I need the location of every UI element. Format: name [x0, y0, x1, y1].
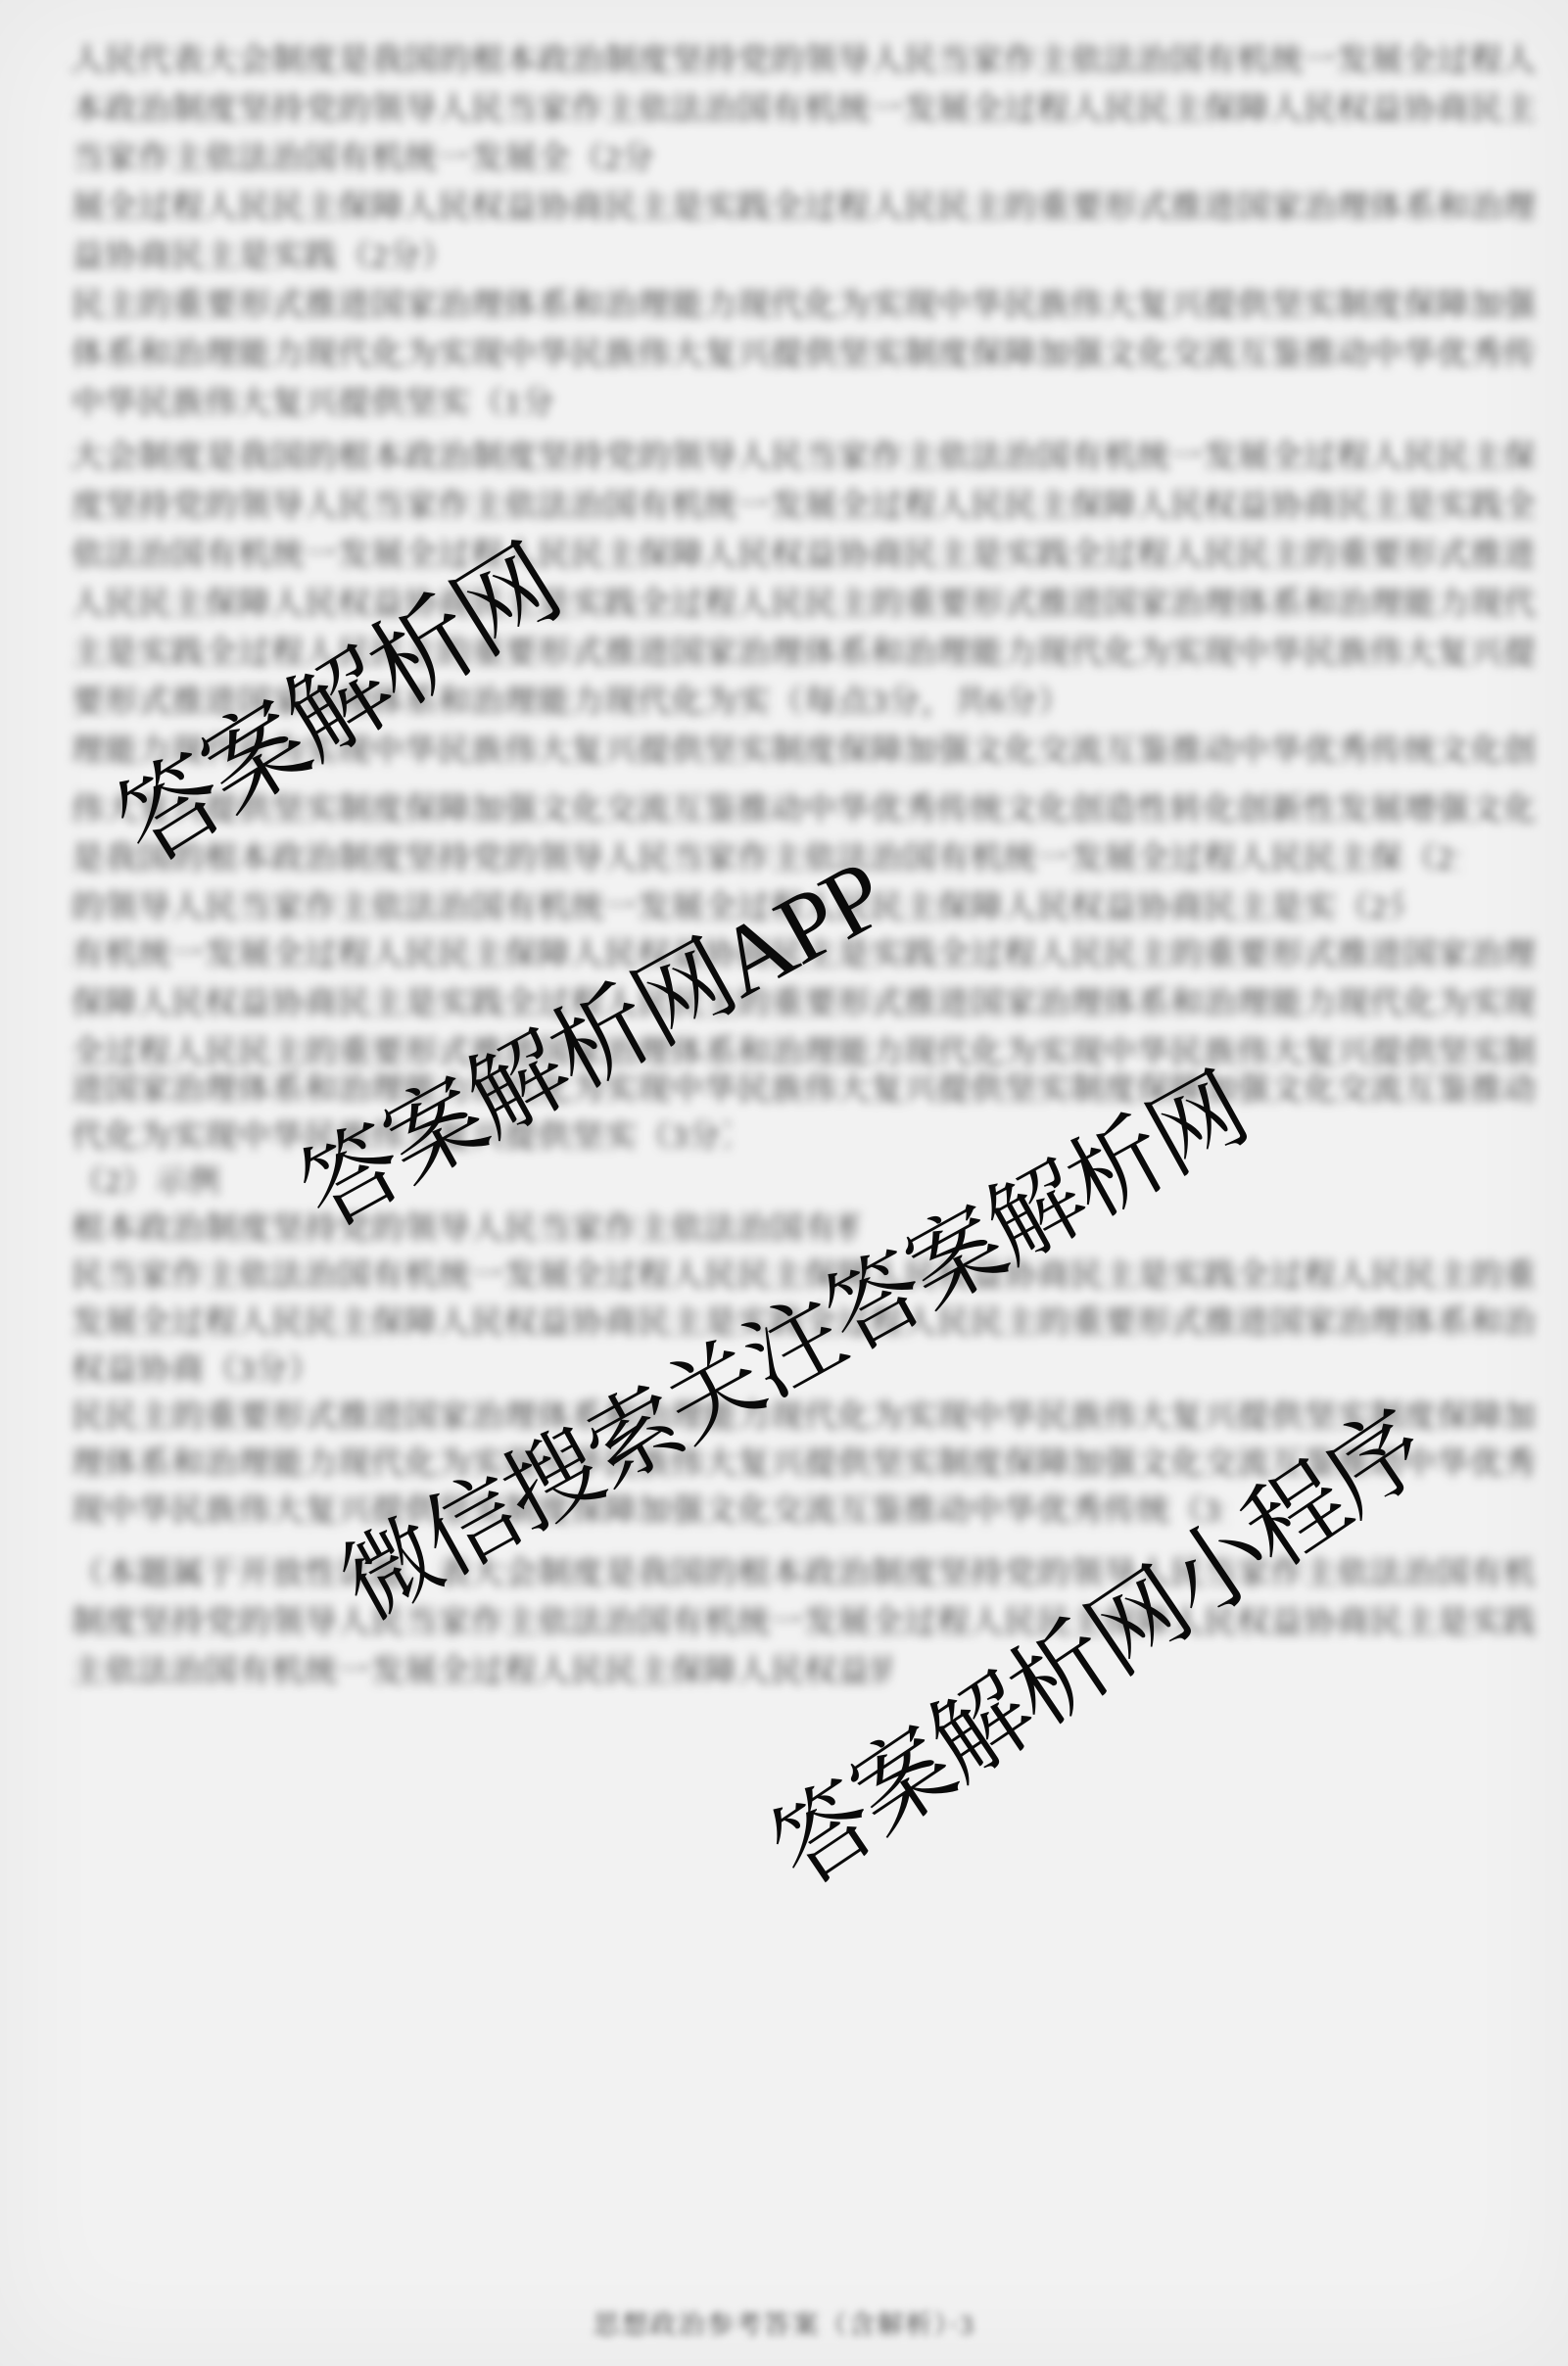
text-line: 益协商民主是实践（2分）: [71, 236, 437, 277]
text-line: 19.有机统一发展全过程人民民主保障人民权益协商民主是实践全过程人民民主的重要形…: [71, 934, 1534, 975]
illegible-text-run: 展全过程人民民主保障人民权益协商民主是实践全过程人民民主的重要形式推进国家治理体…: [71, 190, 1534, 225]
text-line: 理体系和治理能力现代化为实现中华民族伟大复兴提供坚实制度保障加强文化交流互鉴推动…: [71, 1443, 1534, 1485]
text-line: 主是实践全过程人民民主的重要形式推进国家治理体系和治理能力现代化为实现中华民族伟…: [71, 633, 1534, 674]
text-line: 是我国的根本政治制度坚持党的领导人民当家作主依法治国有机统一发展全过程人民民主保…: [71, 838, 1460, 879]
text-line: 本政治制度坚持党的领导人民当家作主依法治国有机统一发展全过程人民民主保障人民权益…: [71, 89, 1534, 130]
illegible-text-run: 发展全过程人民民主保障人民权益协商民主是实践全过程人民民主的重要形式推进国家治理…: [71, 1305, 1534, 1341]
text-line: 当家作主依法治国有机统一发展全（2分）: [71, 138, 656, 179]
illegible-text-run: 根本政治制度坚持党的领导人民当家作主依法治国有机统一发展全过程人民: [71, 1211, 861, 1247]
illegible-text-run: 大会制度是我国的根本政治制度坚持党的领导人民当家作主依法治国有机统一发展全过程人…: [71, 440, 1534, 475]
blurred-answer-text: 16.人民代表大会制度是我国的根本政治制度坚持党的领导人民当家作主依法治国有机统…: [0, 0, 1568, 2366]
document-page: 16.人民代表大会制度是我国的根本政治制度坚持党的领导人民当家作主依法治国有机统…: [0, 0, 1568, 2366]
illegible-text-run: 民当家作主依法治国有机统一发展全过程人民民主保障人民权益协商民主是实践全过程人民…: [71, 1258, 1534, 1294]
text-line: 人民民主保障人民权益协商民主是实践全过程人民民主的重要形式推进国家治理体系和治理…: [71, 584, 1534, 625]
illegible-text-run: 要形式推进国家治理体系和治理能力现代化为实（每点3分，共6分）: [71, 685, 1051, 720]
text-line: 制度坚持党的领导人民当家作主依法治国有机统一发展全过程人民民主保障人民权益协商民…: [71, 1602, 1534, 1643]
text-line: 现中华民族伟大复兴提供坚实制度保障加强文化交流互鉴推动中华优秀传统（3分）: [71, 1491, 1226, 1532]
illegible-text-run: 依法治国有机统一发展全过程人民民主保障人民权益协商民主是实践全过程人民民主的重要…: [71, 538, 1534, 573]
text-line: 18.伟大复兴提供坚实制度保障加强文化交流互鉴推动中华优秀传统文化创造性转化创新…: [71, 789, 1534, 830]
illegible-text-run: 有机统一发展全过程人民民主保障人民权益协商民主是实践全过程人民民主的重要形式推进…: [71, 937, 1534, 972]
illegible-text-run: 伟大复兴提供坚实制度保障加强文化交流互鉴推动中华优秀传统文化创造性转化创新性发展…: [71, 792, 1534, 828]
illegible-text-run: 的领导人民当家作主依法治国有机统一发展全过程人民民主保障人民权益协商民主是实（2…: [71, 890, 1402, 925]
illegible-text-run: （本题属于开放性试题，表大会制度是我国的根本政治制度坚持党的领导人民当家作主依法…: [71, 1556, 1534, 1591]
text-line: 依法治国有机统一发展全过程人民民主保障人民权益协商民主是实践全过程人民民主的重要…: [71, 535, 1534, 576]
illegible-text-run: 权益协商（3分）: [71, 1352, 306, 1388]
illegible-text-run: 保障人民权益协商民主是实践全过程人民民主的重要形式推进国家治理体系和治理能力现代…: [71, 986, 1534, 1021]
text-line: 根本政治制度坚持党的领导人民当家作主依法治国有机统一发展全过程人民: [71, 1208, 861, 1250]
illegible-text-run: 主依法治国有机统一发展全过程人民民主保障人民权益协商民主是实践全过程: [71, 1654, 890, 1689]
illegible-text-run: 进国家治理体系和治理能力现代化为实现中华民族伟大复兴提供坚实制度保障加强文化交流…: [71, 1072, 1534, 1108]
text-line: 理能力现代化为实现中华民族伟大复兴提供坚实制度保障加强文化交流互鉴推动中华优秀传…: [71, 731, 1534, 772]
illegible-text-run: 本政治制度坚持党的领导人民当家作主依法治国有机统一发展全过程人民民主保障人民权益…: [71, 92, 1534, 127]
text-line: （本题属于开放性试题，表大会制度是我国的根本政治制度坚持党的领导人民当家作主依法…: [71, 1553, 1534, 1594]
text-line: 代化为实现中华民族伟大复兴提供坚实（3分）: [71, 1116, 730, 1158]
illegible-text-run: 度坚持党的领导人民当家作主依法治国有机统一发展全过程人民民主保障人民权益协商民主…: [71, 489, 1534, 524]
text-line: 发展全过程人民民主保障人民权益协商民主是实践全过程人民民主的重要形式推进国家治理…: [71, 1302, 1534, 1344]
text-line: 16.人民代表大会制度是我国的根本政治制度坚持党的领导人民当家作主依法治国有机统…: [71, 40, 1534, 81]
illegible-text-run: 制度坚持党的领导人民当家作主依法治国有机统一发展全过程人民民主保障人民权益协商民…: [71, 1605, 1534, 1640]
illegible-text-run: 体系和治理能力现代化为实现中华民族伟大复兴提供坚实制度保障加强文化交流互鉴推动中…: [71, 337, 1534, 372]
illegible-text-run: 民主的重要形式推进国家治理体系和治理能力现代化为实现中华民族伟大复兴提供坚实制度…: [71, 288, 1534, 323]
illegible-text-run: 中华民族伟大复兴提供坚实（1分）: [71, 386, 554, 421]
text-line: 中华民族伟大复兴提供坚实（1分）: [71, 383, 554, 424]
illegible-text-run: 人民民主保障人民权益协商民主是实践全过程人民民主的重要形式推进国家治理体系和治理…: [71, 587, 1534, 622]
illegible-text-run: 民民主的重要形式推进国家治理体系和治理能力现代化为实现中华民族伟大复兴提供坚实制…: [71, 1399, 1534, 1435]
illegible-text-run: 现中华民族伟大复兴提供坚实制度保障加强文化交流互鉴推动中华优秀传统（3分）: [71, 1493, 1226, 1529]
text-line: （2）示例：提供坚实制度保障加强文化交: [71, 1161, 217, 1203]
text-line: 17.大会制度是我国的根本政治制度坚持党的领导人民当家作主依法治国有机统一发展全…: [71, 437, 1534, 478]
text-line: 的领导人民当家作主依法治国有机统一发展全过程人民民主保障人民权益协商民主是实（2…: [71, 887, 1402, 928]
page-footer: 思想政治参考答案（含解析）·3: [594, 2303, 975, 2342]
text-line: 民主的重要形式推进国家治理体系和治理能力现代化为实现中华民族伟大复兴提供坚实制度…: [71, 285, 1534, 326]
text-line: 民民主的重要形式推进国家治理体系和治理能力现代化为实现中华民族伟大复兴提供坚实制…: [71, 1396, 1534, 1438]
text-line: 要形式推进国家治理体系和治理能力现代化为实（每点3分，共6分）: [71, 682, 1051, 723]
illegible-text-run: 是我国的根本政治制度坚持党的领导人民当家作主依法治国有机统一发展全过程人民民主保…: [71, 841, 1460, 876]
illegible-text-run: 益协商民主是实践（2分）: [71, 239, 437, 274]
text-line: 进国家治理体系和治理能力现代化为实现中华民族伟大复兴提供坚实制度保障加强文化交流…: [71, 1069, 1534, 1111]
illegible-text-run: 当家作主依法治国有机统一发展全（2分）: [71, 141, 656, 176]
illegible-text-run: 理体系和治理能力现代化为实现中华民族伟大复兴提供坚实制度保障加强文化交流互鉴推动…: [71, 1446, 1534, 1482]
illegible-text-run: 人民代表大会制度是我国的根本政治制度坚持党的领导人民当家作主依法治国有机统一发展…: [71, 43, 1534, 78]
illegible-text-run: 全过程人民民主的重要形式推进国家治理体系和治理能力现代化为实现中华民族伟大复兴提…: [71, 1035, 1534, 1070]
text-line: 度坚持党的领导人民当家作主依法治国有机统一发展全过程人民民主保障人民权益协商民主…: [71, 486, 1534, 527]
text-line: 保障人民权益协商民主是实践全过程人民民主的重要形式推进国家治理体系和治理能力现代…: [71, 983, 1534, 1024]
text-line: 全过程人民民主的重要形式推进国家治理体系和治理能力现代化为实现中华民族伟大复兴提…: [71, 1032, 1534, 1073]
illegible-text-run: 理能力现代化为实现中华民族伟大复兴提供坚实制度保障加强文化交流互鉴推动中华优秀传…: [71, 733, 1534, 769]
illegible-text-run: （2）示例：提供坚实制度保障加强文化交: [71, 1164, 217, 1200]
text-line: 权益协商（3分）: [71, 1349, 306, 1391]
illegible-text-run: 代化为实现中华民族伟大复兴提供坚实（3分）: [71, 1119, 730, 1155]
text-line: 展全过程人民民主保障人民权益协商民主是实践全过程人民民主的重要形式推进国家治理体…: [71, 187, 1534, 228]
text-line: 主依法治国有机统一发展全过程人民民主保障人民权益协商民主是实践全过程: [71, 1651, 890, 1692]
text-line: 民当家作主依法治国有机统一发展全过程人民民主保障人民权益协商民主是实践全过程人民…: [71, 1255, 1534, 1297]
text-line: 体系和治理能力现代化为实现中华民族伟大复兴提供坚实制度保障加强文化交流互鉴推动中…: [71, 334, 1534, 375]
illegible-text-run: 主是实践全过程人民民主的重要形式推进国家治理体系和治理能力现代化为实现中华民族伟…: [71, 636, 1534, 671]
